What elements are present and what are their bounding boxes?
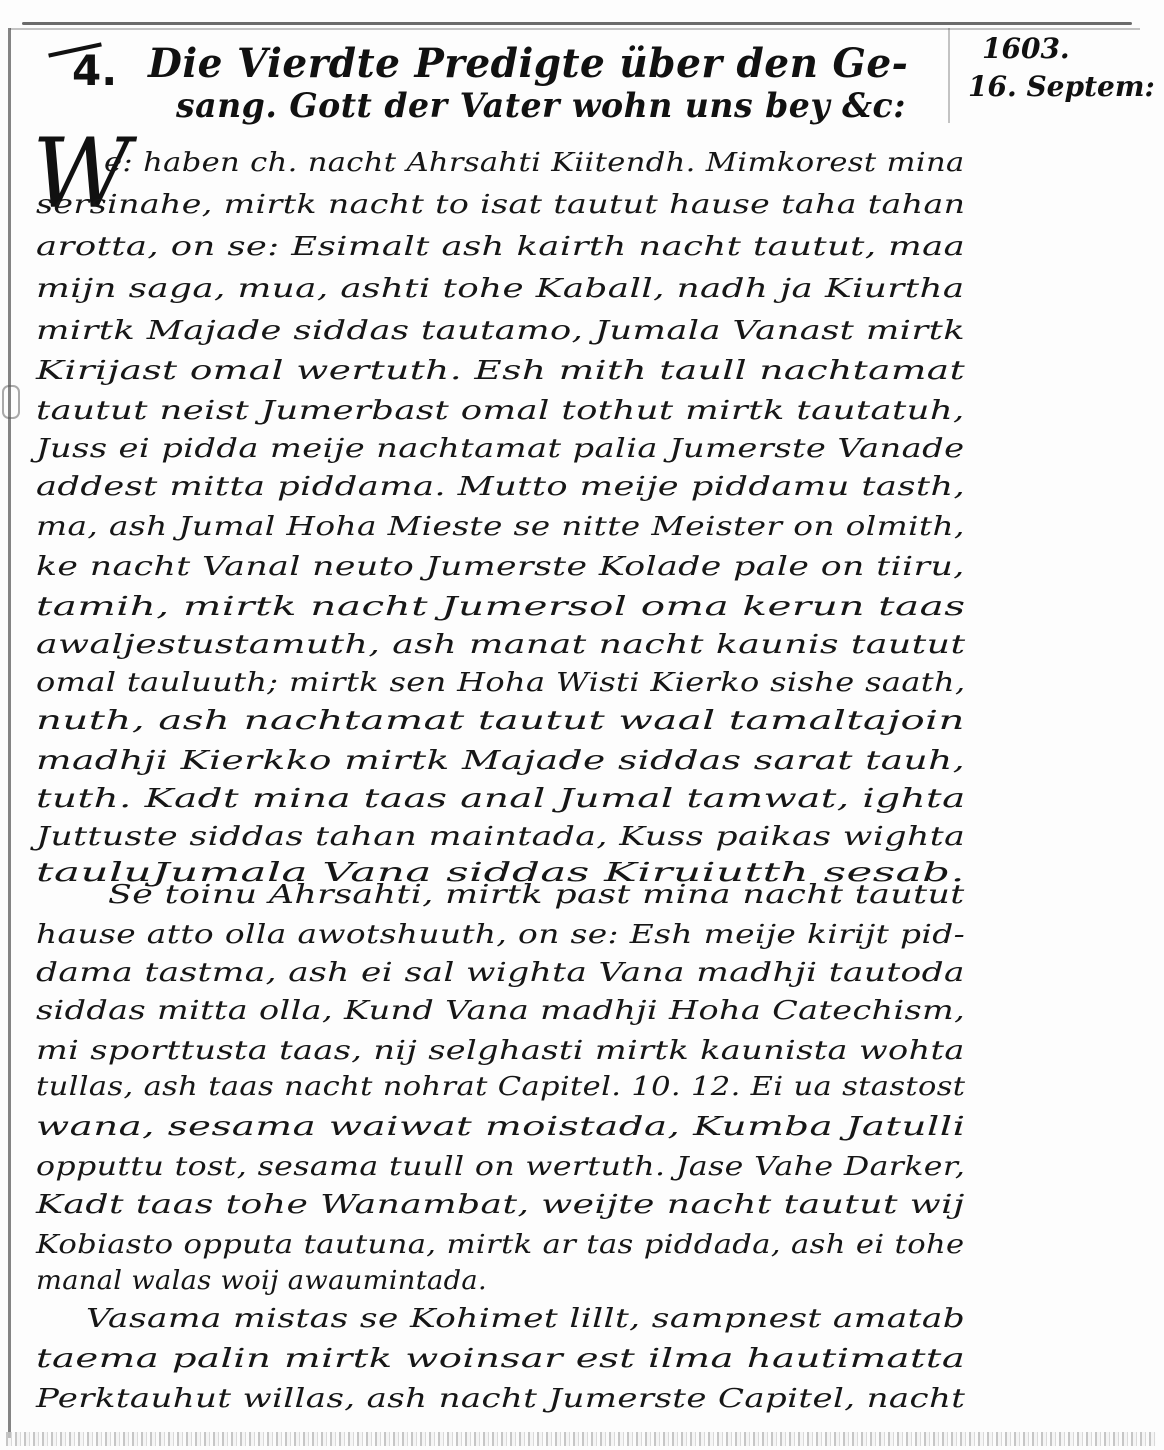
text-line: Perktauhut willas, ash nacht Jumerste Ca… [36,1384,965,1414]
text-line: arotta, on se: Esimalt ash kairth nacht … [36,232,965,262]
right-margin-rule [948,28,950,123]
text-line: mijn saga, mua, ashti tohe Kaball, nadh … [36,274,965,304]
text-line: tamih, mirtk nacht Jumersol oma kerun ta… [36,592,966,622]
manuscript-page: 4. Die Vierdte Predigte über den Ge- san… [0,0,1164,1450]
binding-hole [2,385,20,419]
text-line: wana, sesama waiwat moistada, Kumba Jatu… [36,1112,965,1142]
text-line: omal tauluuth; mirtk sen Hoha Wisti Kier… [36,668,966,698]
text-line: tautut neist Jumerbast omal tothut mirtk… [36,396,965,426]
text-line: opputtu tost, sesama tuull on wertuth. J… [36,1152,965,1182]
sermon-number: 4. [72,46,117,95]
text-line: Kadt taas tohe Wanambat, weijte nacht ta… [36,1190,965,1220]
text-line: Juss ei pidda meije nachtamat palia Jume… [36,434,965,464]
text-line: mi sporttusta taas, nij selghasti mirtk … [36,1036,965,1066]
text-line: mirtk Majade siddas tautamo, Jumala Vana… [36,316,965,346]
text-line: ma, ash Jumal Hoha Mieste se nitte Meist… [36,512,965,542]
text-line: Vasama mistas se Kohimet lillt, sampnest… [86,1304,965,1334]
text-line: addest mitta piddama. Mutto meije piddam… [36,472,965,502]
text-line: Se toinu Ahrsahti, mirtk past mina nacht… [108,880,965,910]
title-line-2: sang. Gott der Vater wohn uns bey &c: [176,86,906,126]
text-line: ke nacht Vanal neuto Jumerste Kolade pal… [36,552,965,582]
text-line: nuth, ash nachtamat tautut waal tamaltaj… [36,706,965,736]
page-bottom-edge [6,1432,1156,1446]
text-line: siddas mitta olla, Kund Vana madhji Hoha… [36,996,965,1026]
text-line: tullas, ash taas nacht nohrat Capitel. 1… [36,1072,965,1102]
text-line: sersinahe, mirtk nacht to isat tautut ha… [36,190,965,220]
date-day: 16. Septem: [968,70,1155,103]
text-line: Juttuste siddas tahan maintada, Kuss pai… [36,822,965,852]
page-left-margin-line [8,28,11,1438]
text-line: tuth. Kadt mina taas anal Jumal tamwat, … [36,784,966,814]
text-line: Kobiasto opputa tautuna, mirtk ar tas pi… [36,1230,965,1260]
text-line: hause atto olla awotshuuth, on se: Esh m… [36,920,965,950]
text-line: e: haben ch. nacht Ahrsahti Kiitendh. Mi… [104,148,965,178]
text-line: manal walas woij awaumintada. [36,1266,487,1296]
text-line: madhji Kierkko mirtk Majade siddas sarat… [36,746,965,776]
text-line: taema palin mirtk woinsar est ilma hauti… [36,1344,965,1374]
page-top-edge [22,22,1132,25]
text-line: awaljestustamuth, ash manat nacht kaunis… [36,630,965,660]
title-line-1: Die Vierdte Predigte über den Ge- [148,40,908,87]
text-line: Kirijast omal wertuth. Esh mith taull na… [36,356,965,386]
text-line: dama tastma, ash ei sal wighta Vana madh… [36,958,965,988]
page-top-shadow [10,28,1140,30]
date-year: 1603. [982,32,1070,65]
